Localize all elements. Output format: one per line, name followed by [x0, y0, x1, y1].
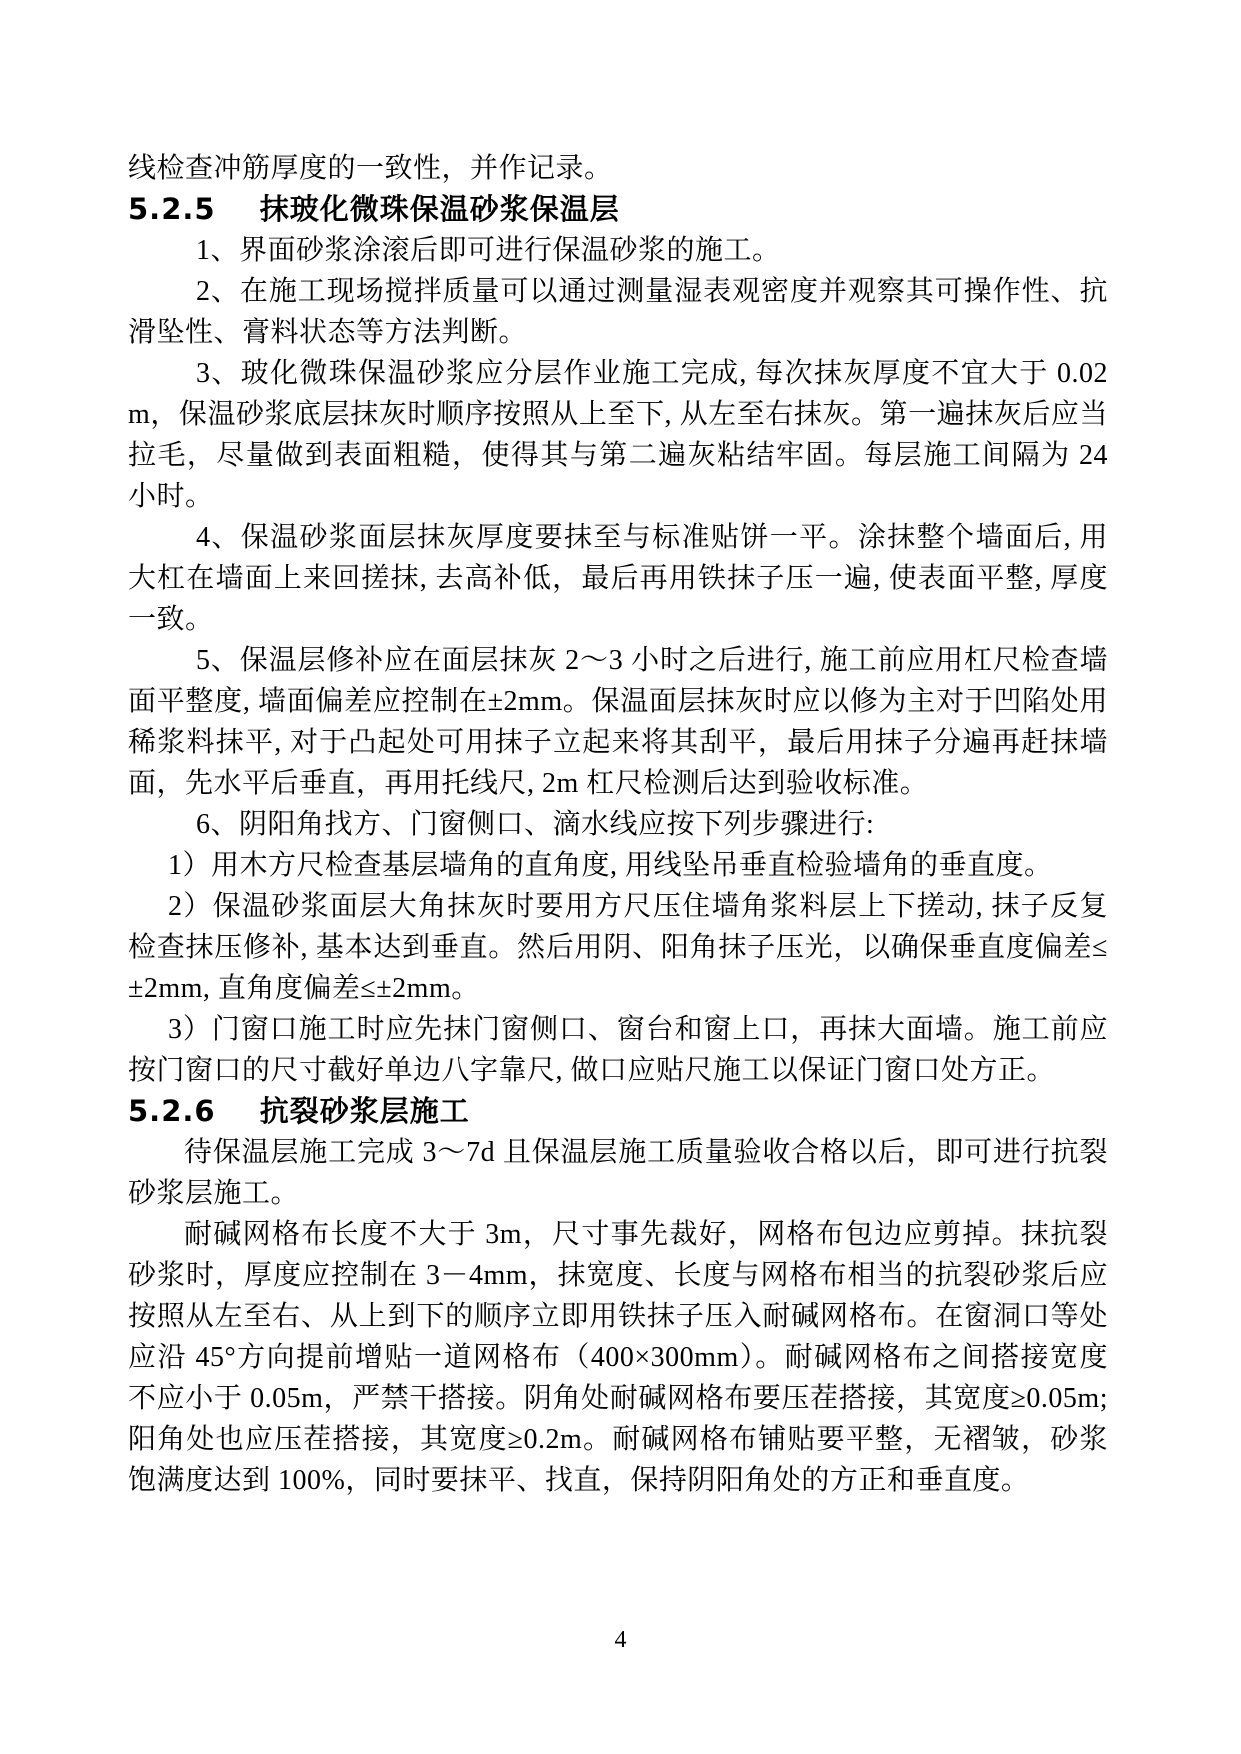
paragraph-item-6: 6、阴阳角找方、门窗侧口、滴水线应按下列步骤进行: — [128, 804, 1108, 845]
paragraph-item-4: 4、保温砂浆面层抹灰厚度要抹至与标准贴饼一平。涂抹整个墙面后, 用大杠在墙面上来… — [128, 517, 1108, 640]
paragraph-subitem-2: 2）保温砂浆面层大角抹灰时要用方尺压住墙角浆料层上下搓动, 抹子反复检查抹压修补… — [128, 886, 1108, 1009]
section-title: 抹玻化微珠保温砂浆保温层 — [260, 192, 620, 226]
page-content: 线检查冲筋厚度的一致性，并作记录。 5.2.5 抹玻化微珠保温砂浆保温层 1、界… — [128, 148, 1108, 1501]
paragraph-item-3: 3、玻化微珠保温砂浆应分层作业施工完成, 每次抹灰厚度不宜大于 0.02m，保温… — [128, 353, 1108, 517]
paragraph-item-2: 2、在施工现场搅拌质量可以通过测量湿表观密度并观察其可操作性、抗滑坠性、膏料状态… — [128, 271, 1108, 353]
section-heading-5-2-6: 5.2.6 抗裂砂浆层施工 — [128, 1091, 1108, 1132]
section-number: 5.2.6 — [128, 1091, 216, 1132]
section-title: 抗裂砂浆层施工 — [260, 1094, 470, 1128]
paragraph-subitem-1: 1）用木方尺检查基层墙角的直角度, 用线坠吊垂直检验墙角的垂直度。 — [128, 845, 1108, 886]
section-number: 5.2.5 — [128, 189, 216, 230]
paragraph-item-5: 5、保温层修补应在面层抹灰 2～3 小时之后进行, 施工前应用杠尺检查墙面平整度… — [128, 640, 1108, 804]
paragraph: 耐碱网格布长度不大于 3m，尺寸事先裁好，网格布包边应剪掉。抹抗裂砂浆时，厚度应… — [128, 1214, 1108, 1501]
document-page: 线检查冲筋厚度的一致性，并作记录。 5.2.5 抹玻化微珠保温砂浆保温层 1、界… — [0, 0, 1241, 1754]
paragraph-item-1: 1、界面砂浆涂滚后即可进行保温砂浆的施工。 — [128, 230, 1108, 271]
paragraph: 待保温层施工完成 3～7d 且保温层施工质量验收合格以后，即可进行抗裂砂浆层施工… — [128, 1132, 1108, 1214]
paragraph-subitem-3: 3）门窗口施工时应先抹门窗侧口、窗台和窗上口，再抹大面墙。施工前应按门窗口的尺寸… — [128, 1009, 1108, 1091]
intro-continuation-line: 线检查冲筋厚度的一致性，并作记录。 — [128, 148, 1108, 189]
page-number: 4 — [0, 1625, 1241, 1655]
section-heading-5-2-5: 5.2.5 抹玻化微珠保温砂浆保温层 — [128, 189, 1108, 230]
